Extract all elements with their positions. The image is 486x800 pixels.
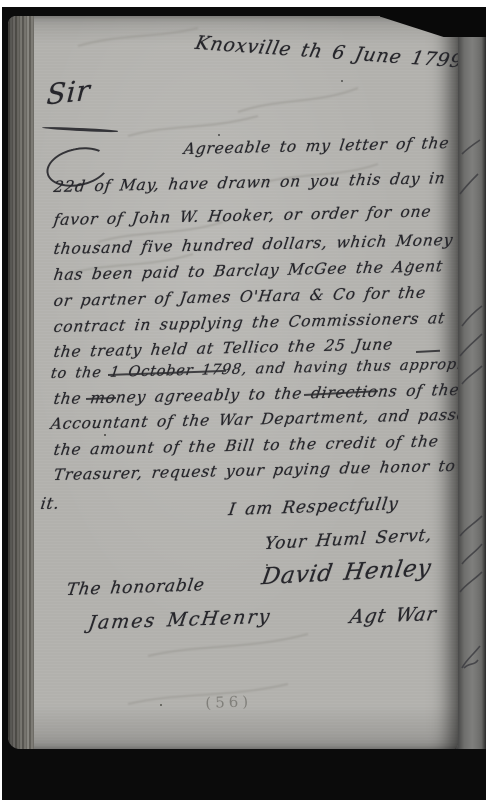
letter-line: Treasurer, request your paying due honor… <box>53 457 457 484</box>
dust-specks <box>8 16 10 18</box>
next-page-ink-marks <box>456 16 486 749</box>
signature-title: Agt War <box>348 603 438 628</box>
letter-line: Accountant of the War Department, and pa… <box>50 405 458 433</box>
next-page-sliver <box>456 16 486 749</box>
letter-line: thousand five hundred dollars, which Mon… <box>53 231 455 258</box>
letter-page: Knoxville th 6 June 1799 Sir Agreeable t… <box>8 16 458 749</box>
letter-line: 22d of May, have drawn on you this day i… <box>53 169 447 196</box>
ink-strike-mark <box>416 350 440 353</box>
letter-line: the amount of the Bill to the credit of … <box>53 432 440 459</box>
letter-line: the treaty held at Tellico the 25 June <box>53 335 395 361</box>
letter-line: or partner of James O'Hara & Co for the <box>53 284 428 311</box>
addressee-line: James McHenry <box>87 606 273 635</box>
closing-line: I am Respectfully <box>227 494 400 520</box>
scanned-photo-backdrop: Knoxville th 6 June 1799 Sir Agreeable t… <box>2 7 486 800</box>
letter-line: contract in supplying the Commissioners … <box>53 309 447 336</box>
signature: David Henley <box>260 555 434 590</box>
closing-line: Your Huml Servt, <box>264 525 434 554</box>
letter-line: Agreeable to my letter of the <box>183 134 451 158</box>
letter-line: has been paid to Barclay McGee the Agent <box>53 257 445 284</box>
letter-line: the money agreeably to the directions of… <box>53 381 458 408</box>
letter-line: favor of John W. Hooker, or order for on… <box>53 202 433 229</box>
addressee-line: The honorable <box>65 575 206 600</box>
salutation: Sir <box>46 73 92 111</box>
letter-line: it. <box>39 494 61 513</box>
salutation-underline-flourish <box>42 126 118 133</box>
dateline: Knoxville th 6 June 1799 <box>193 32 458 72</box>
book-spine-edge <box>8 16 34 749</box>
page-number: (56) <box>205 692 252 712</box>
